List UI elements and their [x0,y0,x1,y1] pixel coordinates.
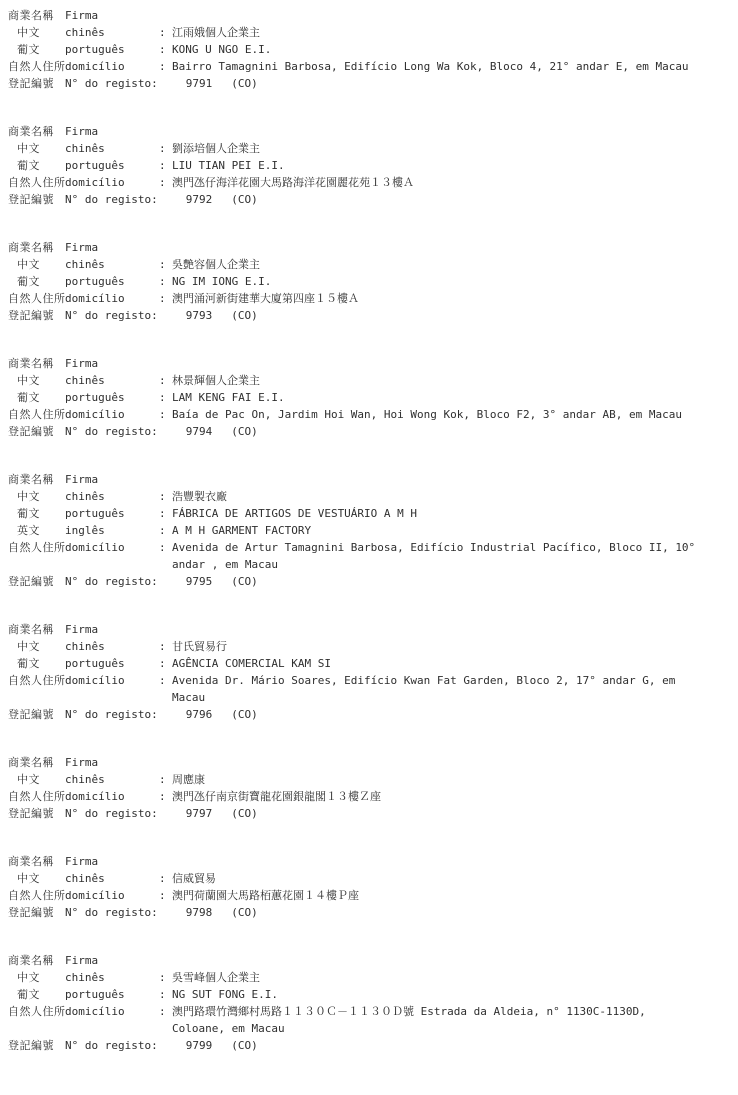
entry-domicile-line: 澳門路環竹灣鄉村馬路１１３０Ｃ－１１３０Ｄ號 Estrada da Aldeia… [172,1003,732,1020]
label-registry-zh: 登記編號 [8,75,65,92]
label-registry-zh: 登記編號 [8,706,65,723]
entry-portuguese-name: NG IM IONG E.I. [172,273,732,290]
label-chinese-zh: 中文 [8,638,65,655]
entry-portuguese-name-row: 葡文português:NG SUT FONG E.I. [8,986,732,1003]
entry-portuguese-name-row: 葡文português:LAM KENG FAI E.I. [8,389,732,406]
entry-chinese-name: 劉添培個人企業主 [172,140,732,157]
colon-separator: : [159,969,172,986]
label-domicile-zh: 自然人住所 [8,539,65,556]
label-chinese-pt: chinês [65,256,159,273]
entry-registry-suffix: (CO) [231,904,258,921]
registry-entry: 商業名稱Firma中文chinês:甘氏貿易行葡文português:AGÊNC… [8,621,732,723]
label-chinese-pt: chinês [65,140,159,157]
colon-separator: : [159,406,172,423]
entry-firma-header-row: 商業名稱Firma [8,355,732,372]
colon-separator: : [159,771,172,788]
label-firma-zh: 商業名稱 [8,355,65,372]
entry-english-name-row: 英文inglês:A M H GARMENT FACTORY [8,522,732,539]
entry-domicile-line: 澳門氹仔海洋花園大馬路海洋花園麗花苑１３樓Ａ [172,174,732,191]
colon-separator: : [159,24,172,41]
label-registry-pt: N° do registo: [65,75,158,92]
label-chinese-pt: chinês [65,771,159,788]
label-english-zh: 英文 [8,522,65,539]
entry-portuguese-name-row: 葡文português:KONG U NGO E.I. [8,41,732,58]
entry-chinese-name-row: 中文chinês:江雨娥個人企業主 [8,24,732,41]
label-domicile-zh: 自然人住所 [8,788,65,805]
entry-registry-number-row: 登記編號N° do registo:9797(CO) [8,805,732,822]
colon-separator: : [159,655,172,672]
label-registry-zh: 登記編號 [8,805,65,822]
entry-domicile-row: 自然人住所domicílio:Avenida de Artur Tamagnin… [8,539,732,556]
label-chinese-zh: 中文 [8,488,65,505]
entry-portuguese-name: LIU TIAN PEI E.I. [172,157,732,174]
label-portuguese-zh: 葡文 [8,389,65,406]
label-firma-pt: Firma [65,239,159,256]
entry-registry-number: 9795 [186,573,213,590]
colon-separator: : [159,672,172,689]
label-firma-pt: Firma [65,471,159,488]
entry-domicile-line: andar , em Macau [172,556,732,573]
entry-chinese-name-row: 中文chinês:甘氏貿易行 [8,638,732,655]
label-registry-zh: 登記編號 [8,307,65,324]
entry-english-name: A M H GARMENT FACTORY [172,522,732,539]
entry-chinese-name: 浩豐製衣廠 [172,488,732,505]
entry-domicile-continuation-row: Coloane, em Macau [8,1020,732,1037]
entry-domicile-row: 自然人住所domicílio:澳門氹仔海洋花園大馬路海洋花園麗花苑１３樓Ａ [8,174,732,191]
entry-chinese-name-row: 中文chinês:吳艶容個人企業主 [8,256,732,273]
label-registry-pt: N° do registo: [65,573,158,590]
entry-domicile-line: Baía de Pac On, Jardim Hoi Wan, Hoi Wong… [172,406,732,423]
label-registry-pt: N° do registo: [65,191,158,208]
label-registry-zh: 登記編號 [8,1037,65,1054]
entry-firma-header-row: 商業名稱Firma [8,471,732,488]
label-domicile-zh: 自然人住所 [8,887,65,904]
entry-chinese-name: 甘氏貿易行 [172,638,732,655]
entry-registry-suffix: (CO) [231,573,258,590]
label-chinese-zh: 中文 [8,969,65,986]
entry-chinese-name-row: 中文chinês:周應康 [8,771,732,788]
label-domicile-pt: domicílio [65,539,159,556]
entry-domicile-line: Avenida de Artur Tamagnini Barbosa, Edif… [172,539,732,556]
label-english-pt: inglês [65,522,159,539]
entry-portuguese-name-row: 葡文português:AGÊNCIA COMERCIAL KAM SI [8,655,732,672]
label-firma-pt: Firma [65,952,159,969]
label-firma-zh: 商業名稱 [8,471,65,488]
label-firma-pt: Firma [65,7,159,24]
colon-separator: : [159,174,172,191]
entry-chinese-name-row: 中文chinês:信威貿易 [8,870,732,887]
entry-firma-header-row: 商業名稱Firma [8,754,732,771]
colon-separator: : [159,41,172,58]
label-chinese-zh: 中文 [8,140,65,157]
label-firma-zh: 商業名稱 [8,952,65,969]
entry-registry-number-row: 登記編號N° do registo:9798(CO) [8,904,732,921]
label-portuguese-pt: português [65,157,159,174]
entry-chinese-name: 江雨娥個人企業主 [172,24,732,41]
entry-chinese-name: 吳雪峰個人企業主 [172,969,732,986]
entry-registry-number: 9799 [186,1037,213,1054]
label-firma-zh: 商業名稱 [8,239,65,256]
label-chinese-zh: 中文 [8,870,65,887]
label-firma-zh: 商業名稱 [8,123,65,140]
colon-separator: : [159,505,172,522]
label-firma-zh: 商業名稱 [8,7,65,24]
label-firma-pt: Firma [65,123,159,140]
colon-separator: : [159,539,172,556]
entry-firma-header-row: 商業名稱Firma [8,952,732,969]
label-firma-zh: 商業名稱 [8,754,65,771]
colon-separator: : [159,522,172,539]
colon-separator: : [159,870,172,887]
entry-domicile-line: Avenida Dr. Mário Soares, Edifício Kwan … [172,672,732,689]
entry-domicile-row: 自然人住所domicílio:澳門氹仔南京街寶龍花園銀龍閣１３樓Ｚ座 [8,788,732,805]
colon-separator: : [159,58,172,75]
label-registry-zh: 登記編號 [8,423,65,440]
label-domicile-zh: 自然人住所 [8,58,65,75]
entry-portuguese-name-row: 葡文português:FÁBRICA DE ARTIGOS DE VESTUÁ… [8,505,732,522]
colon-separator: : [159,488,172,505]
entry-firma-header-row: 商業名稱Firma [8,7,732,24]
colon-separator: : [159,389,172,406]
entry-domicile-line: 澳門氹仔南京街寶龍花園銀龍閣１３樓Ｚ座 [172,788,732,805]
label-domicile-pt: domicílio [65,58,159,75]
colon-separator: : [159,290,172,307]
label-chinese-zh: 中文 [8,256,65,273]
label-domicile-pt: domicílio [65,672,159,689]
entry-domicile-row: 自然人住所domicílio:Baía de Pac On, Jardim Ho… [8,406,732,423]
entry-chinese-name: 信威貿易 [172,870,732,887]
entry-domicile-line: 澳門荷蘭園大馬路栢蕙花園１４樓Ｐ座 [172,887,732,904]
colon-separator: : [159,986,172,1003]
entry-portuguese-name: FÁBRICA DE ARTIGOS DE VESTUÁRIO A M H [172,505,732,522]
entry-registry-suffix: (CO) [231,191,258,208]
entry-portuguese-name: NG SUT FONG E.I. [172,986,732,1003]
label-portuguese-pt: português [65,505,159,522]
label-portuguese-zh: 葡文 [8,273,65,290]
entry-domicile-line: Coloane, em Macau [172,1020,732,1037]
entry-registry-number-row: 登記編號N° do registo:9791(CO) [8,75,732,92]
label-domicile-zh: 自然人住所 [8,406,65,423]
label-chinese-pt: chinês [65,488,159,505]
registry-entry: 商業名稱Firma中文chinês:林景輝個人企業主葡文português:LA… [8,355,732,440]
entry-registry-number: 9792 [186,191,213,208]
label-registry-pt: N° do registo: [65,904,158,921]
label-chinese-pt: chinês [65,638,159,655]
label-firma-pt: Firma [65,621,159,638]
label-domicile-pt: domicílio [65,1003,159,1020]
label-firma-pt: Firma [65,355,159,372]
colon-separator: : [159,1003,172,1020]
label-domicile-pt: domicílio [65,887,159,904]
label-chinese-pt: chinês [65,969,159,986]
label-portuguese-zh: 葡文 [8,505,65,522]
label-registry-pt: N° do registo: [65,423,158,440]
entry-chinese-name: 周應康 [172,771,732,788]
entry-portuguese-name: KONG U NGO E.I. [172,41,732,58]
entry-registry-suffix: (CO) [231,1037,258,1054]
entry-registry-number: 9796 [186,706,213,723]
registry-entry: 商業名稱Firma中文chinês:吳艶容個人企業主葡文português:NG… [8,239,732,324]
label-domicile-pt: domicílio [65,174,159,191]
label-chinese-pt: chinês [65,870,159,887]
entry-portuguese-name: AGÊNCIA COMERCIAL KAM SI [172,655,732,672]
registry-entry: 商業名稱Firma中文chinês:江雨娥個人企業主葡文português:KO… [8,7,732,92]
label-portuguese-zh: 葡文 [8,157,65,174]
entry-registry-number-row: 登記編號N° do registo:9793(CO) [8,307,732,324]
label-registry-zh: 登記編號 [8,904,65,921]
entry-domicile-row: 自然人住所domicílio:Bairro Tamagnini Barbosa,… [8,58,732,75]
entry-domicile-row: 自然人住所domicílio:澳門路環竹灣鄉村馬路１１３０Ｃ－１１３０Ｄ號 Es… [8,1003,732,1020]
colon-separator: : [159,256,172,273]
registry-page: 商業名稱Firma中文chinês:江雨娥個人企業主葡文português:KO… [8,7,732,1054]
entry-domicile-line: Bairro Tamagnini Barbosa, Edifício Long … [172,58,732,75]
label-portuguese-zh: 葡文 [8,655,65,672]
entry-registry-suffix: (CO) [231,423,258,440]
label-domicile-zh: 自然人住所 [8,290,65,307]
entry-registry-number-row: 登記編號N° do registo:9794(CO) [8,423,732,440]
label-chinese-pt: chinês [65,372,159,389]
label-registry-pt: N° do registo: [65,1037,158,1054]
label-portuguese-zh: 葡文 [8,986,65,1003]
label-firma-pt: Firma [65,754,159,771]
label-portuguese-pt: português [65,41,159,58]
label-portuguese-zh: 葡文 [8,41,65,58]
registry-entry: 商業名稱Firma中文chinês:吳雪峰個人企業主葡文português:NG… [8,952,732,1054]
entry-firma-header-row: 商業名稱Firma [8,239,732,256]
entry-chinese-name-row: 中文chinês:林景輝個人企業主 [8,372,732,389]
entry-portuguese-name-row: 葡文português:LIU TIAN PEI E.I. [8,157,732,174]
label-registry-zh: 登記編號 [8,573,65,590]
entry-registry-suffix: (CO) [231,307,258,324]
entry-domicile-line: Macau [172,689,732,706]
entry-firma-header-row: 商業名稱Firma [8,123,732,140]
colon-separator: : [159,887,172,904]
entry-registry-number: 9791 [186,75,213,92]
entry-registry-number-row: 登記編號N° do registo:9796(CO) [8,706,732,723]
entry-registry-number: 9793 [186,307,213,324]
label-chinese-pt: chinês [65,24,159,41]
entry-firma-header-row: 商業名稱Firma [8,853,732,870]
entry-chinese-name: 吳艶容個人企業主 [172,256,732,273]
label-firma-zh: 商業名稱 [8,853,65,870]
label-domicile-pt: domicílio [65,788,159,805]
registry-entry: 商業名稱Firma中文chinês:信威貿易自然人住所domicílio:澳門荷… [8,853,732,921]
label-domicile-pt: domicílio [65,290,159,307]
label-portuguese-pt: português [65,986,159,1003]
entry-chinese-name: 林景輝個人企業主 [172,372,732,389]
registry-entry: 商業名稱Firma中文chinês:周應康自然人住所domicílio:澳門氹仔… [8,754,732,822]
label-chinese-zh: 中文 [8,771,65,788]
entry-registry-number: 9794 [186,423,213,440]
label-registry-pt: N° do registo: [65,706,158,723]
label-domicile-zh: 自然人住所 [8,672,65,689]
colon-separator: : [159,140,172,157]
label-domicile-zh: 自然人住所 [8,1003,65,1020]
entry-firma-header-row: 商業名稱Firma [8,621,732,638]
label-portuguese-pt: português [65,389,159,406]
entry-domicile-row: 自然人住所domicílio:Avenida Dr. Mário Soares,… [8,672,732,689]
colon-separator: : [159,372,172,389]
label-domicile-pt: domicílio [65,406,159,423]
entry-domicile-row: 自然人住所domicílio:澳門涌河新街建華大廈第四座１５樓Ａ [8,290,732,307]
colon-separator: : [159,788,172,805]
colon-separator: : [159,157,172,174]
entry-registry-number-row: 登記編號N° do registo:9792(CO) [8,191,732,208]
label-chinese-zh: 中文 [8,24,65,41]
entry-chinese-name-row: 中文chinês:浩豐製衣廠 [8,488,732,505]
entry-registry-suffix: (CO) [231,805,258,822]
label-firma-pt: Firma [65,853,159,870]
entry-domicile-continuation-row: Macau [8,689,732,706]
label-registry-zh: 登記編號 [8,191,65,208]
entry-registry-number: 9798 [186,904,213,921]
entry-registry-number-row: 登記編號N° do registo:9795(CO) [8,573,732,590]
label-firma-zh: 商業名稱 [8,621,65,638]
entry-domicile-row: 自然人住所domicílio:澳門荷蘭園大馬路栢蕙花園１４樓Ｐ座 [8,887,732,904]
registry-entry: 商業名稱Firma中文chinês:劉添培個人企業主葡文português:LI… [8,123,732,208]
label-portuguese-pt: português [65,655,159,672]
label-registry-pt: N° do registo: [65,805,158,822]
entry-registry-suffix: (CO) [231,706,258,723]
entry-registry-suffix: (CO) [231,75,258,92]
registry-entry: 商業名稱Firma中文chinês:浩豐製衣廠葡文português:FÁBRI… [8,471,732,590]
label-registry-pt: N° do registo: [65,307,158,324]
entry-domicile-line: 澳門涌河新街建華大廈第四座１５樓Ａ [172,290,732,307]
entry-chinese-name-row: 中文chinês:吳雪峰個人企業主 [8,969,732,986]
label-domicile-zh: 自然人住所 [8,174,65,191]
label-chinese-zh: 中文 [8,372,65,389]
colon-separator: : [159,273,172,290]
entry-portuguese-name-row: 葡文português:NG IM IONG E.I. [8,273,732,290]
entry-registry-number-row: 登記編號N° do registo:9799(CO) [8,1037,732,1054]
entry-chinese-name-row: 中文chinês:劉添培個人企業主 [8,140,732,157]
colon-separator: : [159,638,172,655]
entry-registry-number: 9797 [186,805,213,822]
entry-portuguese-name: LAM KENG FAI E.I. [172,389,732,406]
label-portuguese-pt: português [65,273,159,290]
entry-domicile-continuation-row: andar , em Macau [8,556,732,573]
